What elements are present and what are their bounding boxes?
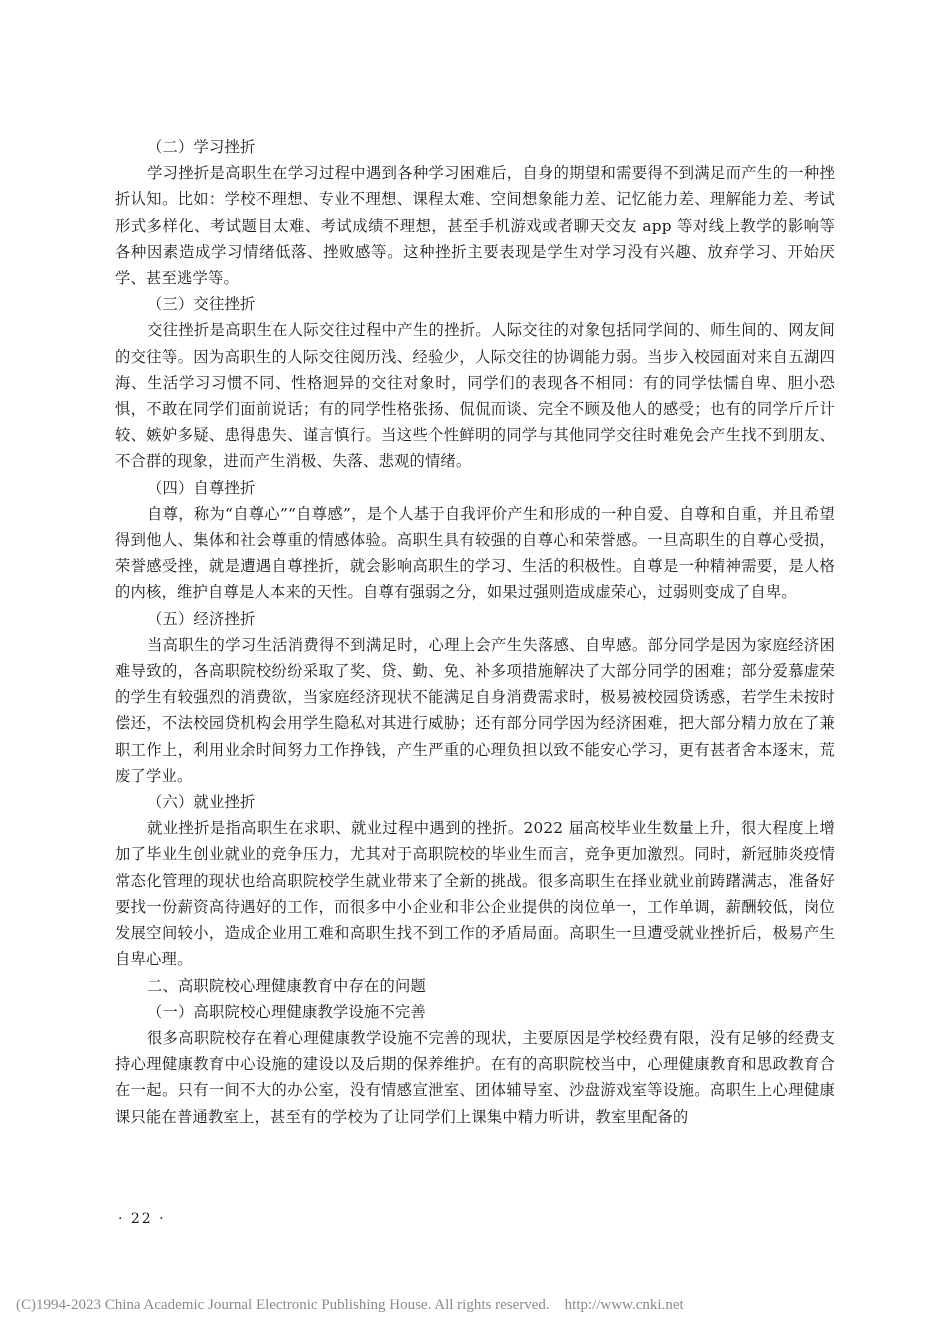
footer-url: http://www.cnki.net — [565, 1297, 684, 1313]
paragraph-social-frustration: 交往挫折是高职生在人际交往过程中产生的挫折。人际交往的对象包括同学间的、师生间的… — [115, 317, 835, 474]
section-heading-employment-frustration: （六）就业挫折 — [115, 789, 835, 815]
part-two-title: 二、高职院校心理健康教育中存在的问题 — [115, 973, 835, 999]
section-heading-study-frustration: （二）学习挫折 — [115, 134, 835, 160]
article-body: （二）学习挫折 学习挫折是高职生在学习过程中遇到各种学习困难后，自身的期望和需要… — [115, 134, 835, 1130]
section-heading-self-esteem-frustration: （四）自尊挫折 — [115, 475, 835, 501]
section-heading-economic-frustration: （五）经济挫折 — [115, 606, 835, 632]
paragraph-employment-frustration: 就业挫折是指高职生在求职、就业过程中遇到的挫折。2022 届高校毕业生数量上升，… — [115, 815, 835, 972]
copyright-footer: (C)1994-2023 China Academic Journal Elec… — [16, 1297, 684, 1314]
part-two-subheading: （一）高职院校心理健康教学设施不完善 — [115, 999, 835, 1025]
paragraph-study-frustration: 学习挫折是高职生在学习过程中遇到各种学习困难后，自身的期望和需要得不到满足而产生… — [115, 160, 835, 291]
paragraph-self-esteem-frustration: 自尊，称为“自尊心”“自尊感”，是个人基于自我评价产生和形成的一种自爱、自尊和自… — [115, 501, 835, 606]
footer-copyright: (C)1994-2023 China Academic Journal Elec… — [16, 1297, 550, 1313]
paragraph-facilities: 很多高职院校存在着心理健康教学设施不完善的现状，主要原因是学校经费有限，没有足够… — [115, 1025, 835, 1130]
section-heading-social-frustration: （三）交往挫折 — [115, 291, 835, 317]
page-number: · 22 · — [118, 1211, 166, 1227]
paragraph-economic-frustration: 当高职生的学习生活消费得不到满足时，心理上会产生失落感、自卑感。部分同学是因为家… — [115, 632, 835, 789]
